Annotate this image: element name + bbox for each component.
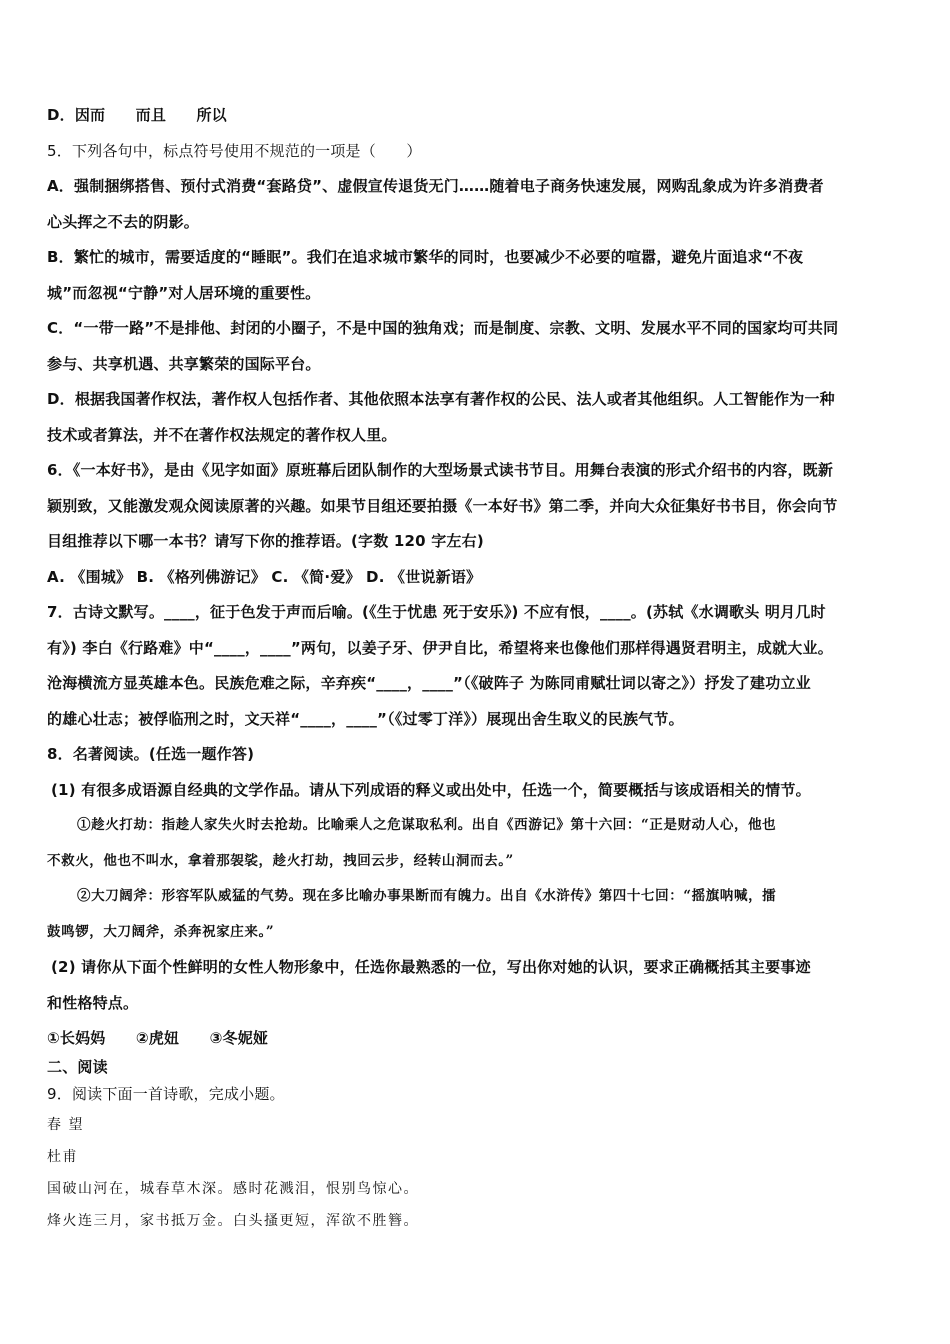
q5-option-d-line-1: D．根据我国著作权法，著作权人包括作者、其他依照本法享有著作权的公民、法人或者其… <box>47 382 907 418</box>
poem-line-2: 烽火连三月，家书抵万金。白头搔更短，浑欲不胜簪。 <box>47 1205 907 1237</box>
q8-idiom-2-line-1: ②大刀阔斧：形容军队威猛的气势。现在多比喻办事果断而有魄力。出自《水浒传》第四十… <box>47 879 907 915</box>
poem-title: 春 望 <box>47 1109 907 1141</box>
poem-line-1: 国破山河在，城春草木深。感时花溅泪，恨别鸟惊心。 <box>47 1173 907 1205</box>
q4-option-d: D．因而 而且 所以 <box>47 98 907 134</box>
q7-line-3: 沧海横流方显英雄本色。民族危难之际，辛弃疾“____，____”（《破阵子 为陈… <box>47 666 907 702</box>
poem-author: 杜甫 <box>47 1141 907 1173</box>
q6-line-2: 颖别致，又能激发观众阅读原著的兴趣。如果节目组还要拍摄《一本好书》第二季，并向大… <box>47 489 907 525</box>
q7-line-4: 的雄心壮志；被俘临刑之时，文天祥“____，____”（《过零丁洋》）展现出舍生… <box>47 702 907 738</box>
q7-line-1: 7．古诗文默写。____，征于色发于声而后喻。(《生于忧患 死于安乐》) 不应有… <box>47 595 907 631</box>
q8-part-1-stem: (1) 有很多成语源自经典的文学作品。请从下列成语的释义或出处中，任选一个，简要… <box>47 773 907 809</box>
q8-idiom-1-line-2: 不救火，他也不叫水，拿着那袈裟，趁火打劫，拽回云步，经转山洞而去。” <box>47 844 907 880</box>
q5-option-c-line-2: 参与、共享机遇、共享繁荣的国际平台。 <box>47 347 907 383</box>
q5-option-d-line-2: 技术或者算法，并不在著作权法规定的著作权人里。 <box>47 418 907 454</box>
q8-idiom-1-line-1: ①趁火打劫：指趁人家失火时去抢劫。比喻乘人之危谋取私利。出自《西游记》第十六回：… <box>47 808 907 844</box>
q5-stem: 5．下列各句中，标点符号使用不规范的一项是（ ） <box>47 134 907 170</box>
q8-idiom-2-line-2: 鼓鸣锣，大刀阔斧，杀奔祝家庄来。” <box>47 915 907 951</box>
q8-part-2-line-1: (2) 请你从下面个性鲜明的女性人物形象中，任选你最熟悉的一位，写出你对她的认识… <box>47 950 907 986</box>
q8-part-2-options: ①长妈妈 ②虎妞 ③冬妮娅 <box>47 1021 907 1056</box>
q5-option-b-line-2: 城”而忽视“宁静”对人居环境的重要性。 <box>47 276 907 312</box>
q5-option-a-line-2: 心头挥之不去的阴影。 <box>47 205 907 241</box>
q6-options: A. 《围城》 B. 《格列佛游记》 C. 《简·爱》 D. 《世说新语》 <box>47 560 907 596</box>
q8-stem: 8．名著阅读。(任选一题作答) <box>47 737 907 773</box>
q6-line-3: 目组推荐以下哪一本书？请写下你的推荐语。(字数 120 字左右) <box>47 524 907 560</box>
exam-page: D．因而 而且 所以 5．下列各句中，标点符号使用不规范的一项是（ ） A．强制… <box>47 98 907 1237</box>
q5-option-c-line-1: C．“一带一路”不是排他、封闭的小圈子，不是中国的独角戏；而是制度、宗教、文明、… <box>47 311 907 347</box>
q9-stem: 9．阅读下面一首诗歌，完成小题。 <box>47 1079 907 1109</box>
q5-option-a-line-1: A．强制捆绑搭售、预付式消费“套路贷”、虚假宣传退货无门……随着电子商务快速发展… <box>47 169 907 205</box>
section-2-heading: 二、阅读 <box>47 1056 907 1079</box>
q5-option-b-line-1: B．繁忙的城市，需要适度的“睡眠”。我们在追求城市繁华的同时，也要减少不必要的喧… <box>47 240 907 276</box>
q6-line-1: 6．《一本好书》，是由《见字如面》原班幕后团队制作的大型场景式读书节目。用舞台表… <box>47 453 907 489</box>
q8-part-2-line-2: 和性格特点。 <box>47 986 907 1022</box>
q7-line-2: 有》) 李白《行路难》中“____，____”两句，以姜子牙、伊尹自比，希望将来… <box>47 631 907 667</box>
